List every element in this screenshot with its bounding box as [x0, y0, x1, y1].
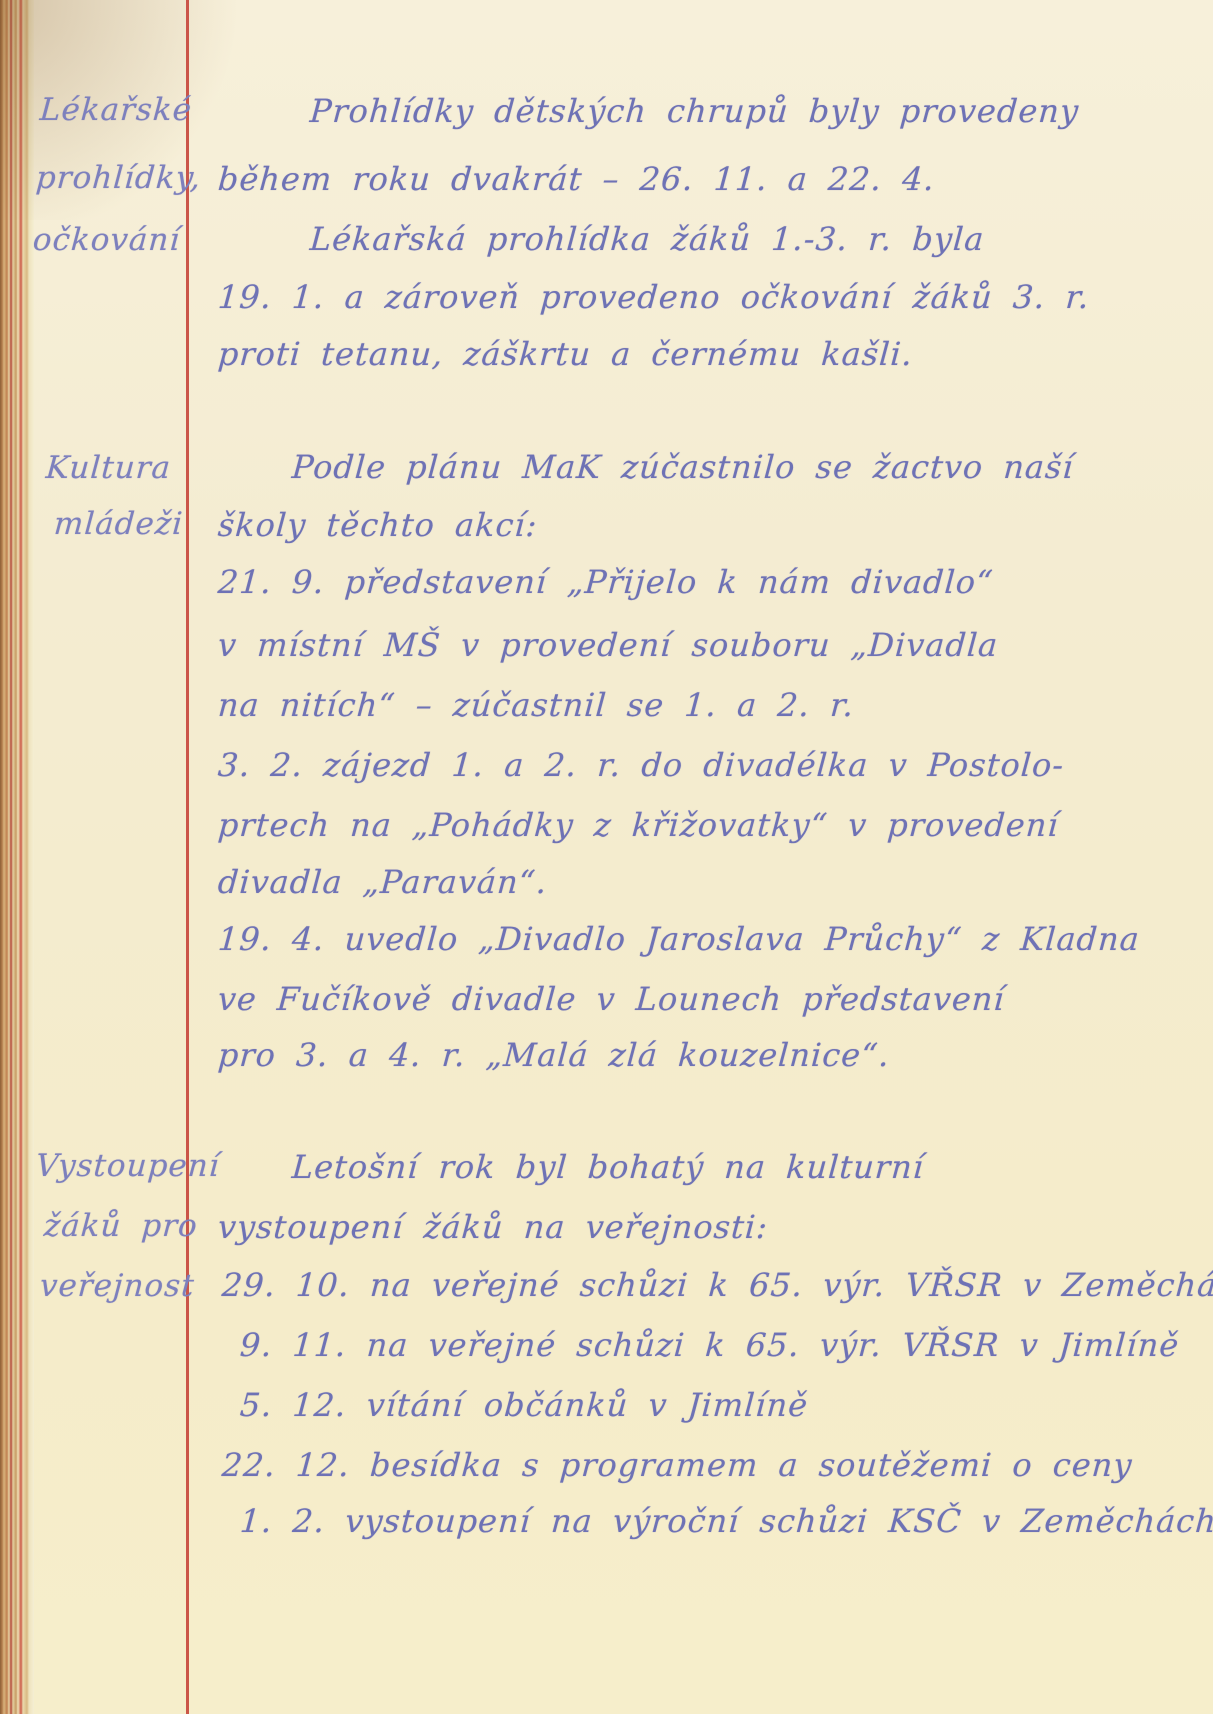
margin-note-medical-line3: očkování [32, 222, 182, 258]
performances-line: 29. 10. na veřejné schůzi k 65. výr. VŘS… [221, 1266, 1213, 1304]
margin-note-medical-line2: prohlídky, [35, 160, 203, 196]
culture-line: pro 3. a 4. r. „Malá zlá kouzelnice“. [217, 1036, 891, 1074]
culture-line: na nitích“ – zúčastnil se 1. a 2. r. [217, 686, 856, 724]
culture-line: prtech na „Pohádky z křižovatky“ v prove… [217, 806, 1060, 844]
culture-line: 21. 9. představení „Přijelo k nám divadl… [217, 563, 995, 601]
margin-note-performances-line1: Vystoupení [35, 1148, 221, 1184]
culture-line: divadla „Paraván“. [217, 863, 549, 901]
red-margin-rule [186, 0, 189, 1714]
margin-note-performances-line3: veřejnost [39, 1268, 196, 1304]
performances-line: 5. 12. vítání občánků v Jimlíně [239, 1386, 810, 1424]
culture-line: 3. 2. zájezd 1. a 2. r. do divadélka v P… [217, 746, 1066, 784]
performances-line: vystoupení žáků na veřejnosti: [217, 1208, 770, 1246]
performances-line: Letošní rok byl bohatý na kulturní [291, 1148, 926, 1186]
medical-line: Lékařská prohlídka žáků 1.-3. r. byla [309, 220, 986, 258]
culture-line: školy těchto akcí: [217, 506, 539, 544]
margin-note-performances-line2: žáků pro [43, 1208, 199, 1244]
book-page-edges [0, 0, 34, 1714]
medical-line: Prohlídky dětských chrupů byly provedeny [309, 92, 1081, 130]
culture-line: ve Fučíkově divadle v Lounech představen… [217, 980, 1006, 1018]
margin-note-culture-line2: mládeži [53, 506, 185, 542]
medical-line: proti tetanu, záškrtu a černému kašli. [217, 335, 915, 373]
performances-line: 9. 11. na veřejné schůzi k 65. výr. VŘSR… [239, 1326, 1181, 1364]
margin-note-culture-line1: Kultura [45, 450, 173, 486]
culture-line: 19. 4. uvedlo „Divadlo Jaroslava Průchy“… [217, 920, 1142, 958]
culture-line: v místní MŠ v provedení souboru „Divadla [217, 626, 1000, 664]
chronicle-page: Lékařské prohlídky, očkování Prohlídky d… [0, 0, 1213, 1714]
margin-note-medical-line1: Lékařské [39, 92, 194, 128]
medical-line: během roku dvakrát – 26. 11. a 22. 4. [217, 160, 936, 198]
medical-line: 19. 1. a zároveň provedeno očkování žáků… [217, 278, 1091, 316]
performances-line: 1. 2. vystoupení na výroční schůzi KSČ v… [239, 1502, 1213, 1540]
culture-line: Podle plánu MaK zúčastnilo se žactvo naš… [291, 448, 1075, 486]
performances-line: 22. 12. besídka s programem a soutěžemi … [221, 1446, 1134, 1484]
